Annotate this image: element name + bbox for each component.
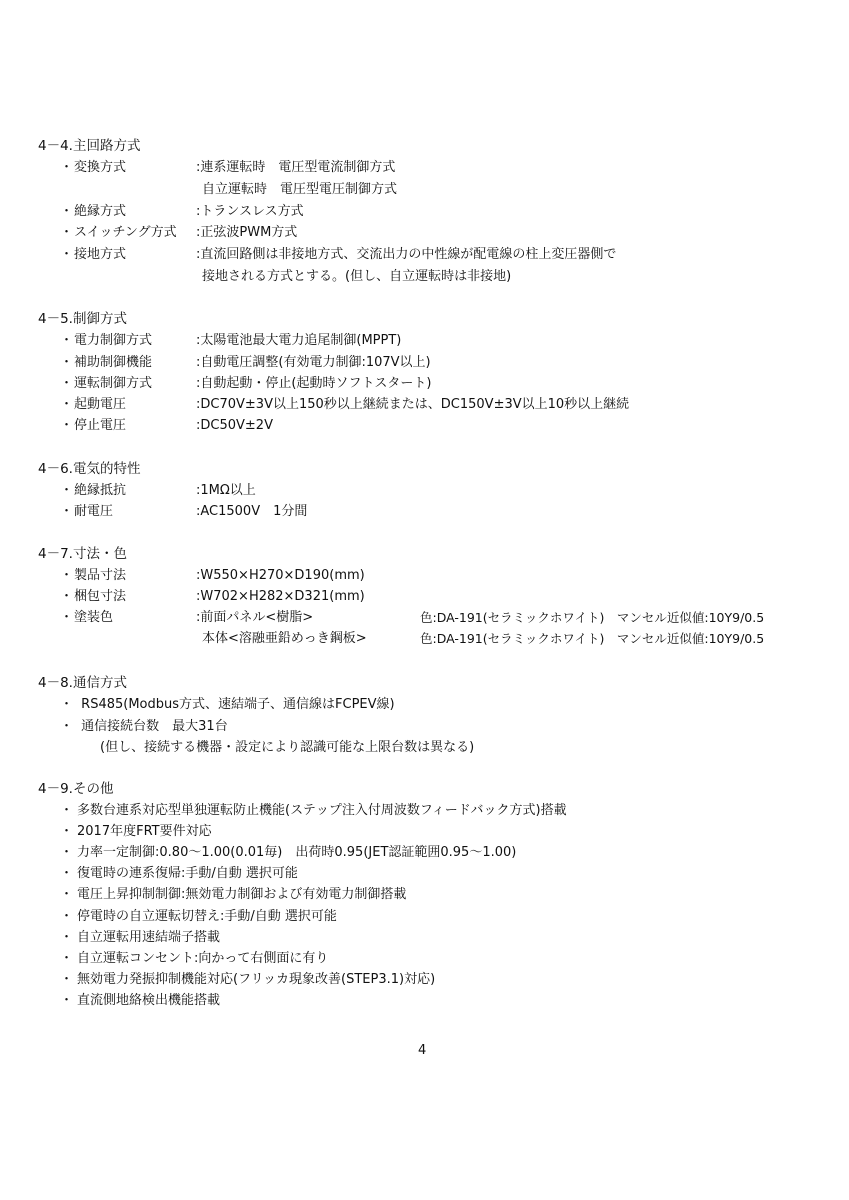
bullet: ・ — [60, 930, 73, 945]
spec-label: スイッチング方式 — [74, 224, 177, 242]
bullet: ・ — [60, 803, 73, 818]
spec-value: :1MΩ以上 — [196, 482, 256, 500]
bullet: ・ — [60, 203, 73, 221]
list-item: ・直流側地絡検出機能搭載 — [60, 992, 220, 1010]
bullet: ・ — [60, 246, 73, 264]
spec-value: :DC50V±2V — [196, 417, 273, 435]
section-heading-4-6: 4－6.電気的特性 — [38, 460, 140, 478]
spec-label: 絶縁方式 — [74, 203, 126, 221]
spec-label: 塗装色 — [74, 609, 113, 627]
bullet: ・ — [60, 567, 73, 585]
list-item-text: 自立運転コンセント:向かって右側面に有り — [77, 951, 328, 966]
list-item: ・2017年度FRT要件対応 — [60, 823, 212, 841]
list-item: ・ RS485(Modbus方式、速結端子、通信線はFCPEV線) — [60, 696, 395, 714]
list-item-text: 停電時の自立運転切替え:手動/自動 選択可能 — [77, 909, 337, 924]
spec-label: 製品寸法 — [74, 567, 126, 585]
list-item-text: 無効電力発振抑制機能対応(フリッカ現象改善(STEP3.1)対応) — [77, 972, 435, 987]
bullet: ・ — [60, 609, 73, 627]
list-item-note: (但し、接続する機器・設定により認識可能な上限台数は異なる) — [100, 739, 474, 757]
spec-label: 運転制御方式 — [74, 375, 152, 393]
spec-value: :W702×H282×D321(mm) — [196, 588, 365, 606]
spec-value: :太陽電池最大電力追尾制御(MPPT) — [196, 332, 401, 350]
spec-value: :W550×H270×D190(mm) — [196, 567, 365, 585]
section-heading-4-5: 4－5.制御方式 — [38, 310, 127, 328]
spec-label: 電力制御方式 — [74, 332, 152, 350]
spec-value: :直流回路側は非接地方式、交流出力の中性線が配電線の柱上変圧器側で — [196, 246, 616, 264]
spec-value: 接地される方式とする。(但し、自立運転時は非接地) — [202, 268, 511, 286]
list-item: ・ 通信接続台数 最大31台 — [60, 718, 228, 736]
list-item: ・無効電力発振抑制機能対応(フリッカ現象改善(STEP3.1)対応) — [60, 971, 435, 989]
paint-color-value: 色:DA-191(セラミックホワイト) マンセル近似値:10Y9/0.5 — [420, 609, 764, 627]
bullet: ・ — [60, 482, 73, 500]
spec-value: :正弦波PWM方式 — [196, 224, 297, 242]
list-item: ・停電時の自立運転切替え:手動/自動 選択可能 — [60, 908, 337, 926]
paint-color-value: 色:DA-191(セラミックホワイト) マンセル近似値:10Y9/0.5 — [420, 630, 764, 648]
list-item-text: 通信接続台数 最大31台 — [81, 719, 228, 734]
bullet: ・ — [60, 909, 73, 924]
section-heading-4-4: 4－4.主回路方式 — [38, 137, 140, 155]
list-item-text: 2017年度FRT要件対応 — [77, 824, 212, 839]
spec-value: :AC1500V 1分間 — [196, 503, 307, 521]
bullet: ・ — [60, 993, 73, 1008]
list-item-text: 電圧上昇抑制制御:無効電力制御および有効電力制御搭載 — [77, 887, 406, 902]
bullet: ・ — [60, 866, 73, 881]
spec-value: :自動起動・停止(起動時ソフトスタート) — [196, 375, 431, 393]
bullet: ・ — [60, 396, 73, 414]
bullet: ・ — [60, 951, 73, 966]
spec-label: 補助制御機能 — [74, 354, 152, 372]
spec-value: 本体<溶融亜鉛めっき鋼板> — [202, 630, 367, 648]
spec-value: :トランスレス方式 — [196, 203, 304, 221]
spec-value: :連系運転時 電圧型電流制御方式 — [196, 159, 395, 177]
bullet: ・ — [60, 332, 73, 350]
list-item: ・復電時の連系復帰:手動/自動 選択可能 — [60, 865, 298, 883]
list-item: ・力率一定制御:0.80～1.00(0.01毎) 出荷時0.95(JET認証範囲… — [60, 844, 516, 862]
spec-label: 停止電圧 — [74, 417, 126, 435]
list-item: ・電圧上昇抑制制御:無効電力制御および有効電力制御搭載 — [60, 886, 406, 904]
list-item: ・自立運転コンセント:向かって右側面に有り — [60, 950, 328, 968]
list-item-text: 直流側地絡検出機能搭載 — [77, 993, 220, 1008]
list-item-text: RS485(Modbus方式、速結端子、通信線はFCPEV線) — [81, 697, 394, 712]
bullet: ・ — [60, 588, 73, 606]
spec-label: 接地方式 — [74, 246, 126, 264]
bullet: ・ — [60, 845, 73, 860]
bullet: ・ — [60, 159, 73, 177]
list-item-text: 復電時の連系復帰:手動/自動 選択可能 — [77, 866, 298, 881]
list-item-text: 力率一定制御:0.80～1.00(0.01毎) 出荷時0.95(JET認証範囲0… — [77, 845, 516, 860]
bullet: ・ — [60, 972, 73, 987]
page-number: 4 — [418, 1043, 426, 1058]
list-item-text: 多数台連系対応型単独運転防止機能(ステップ注入付周波数フィードバック方式)搭載 — [77, 803, 567, 818]
bullet: ・ — [60, 697, 73, 712]
list-item-text: 自立運転用速結端子搭載 — [77, 930, 220, 945]
bullet: ・ — [60, 354, 73, 372]
bullet: ・ — [60, 224, 73, 242]
spec-label: 起動電圧 — [74, 396, 126, 414]
spec-value: :自動電圧調整(有効電力制御:107V以上) — [196, 354, 431, 372]
bullet: ・ — [60, 417, 73, 435]
section-heading-4-9: 4－9.その他 — [38, 780, 113, 798]
spec-value: :DC70V±3V以上150秒以上継続または、DC150V±3V以上10秒以上継… — [196, 396, 629, 414]
spec-value: 自立運転時 電圧型電圧制御方式 — [202, 181, 397, 199]
section-heading-4-7: 4－7.寸法・色 — [38, 545, 127, 563]
bullet: ・ — [60, 824, 73, 839]
spec-label: 耐電圧 — [74, 503, 113, 521]
bullet: ・ — [60, 503, 73, 521]
section-heading-4-8: 4－8.通信方式 — [38, 674, 127, 692]
bullet: ・ — [60, 375, 73, 393]
list-item: ・多数台連系対応型単独運転防止機能(ステップ注入付周波数フィードバック方式)搭載 — [60, 802, 567, 820]
spec-label: 絶縁抵抗 — [74, 482, 126, 500]
spec-value: :前面パネル<樹脂> — [196, 609, 313, 627]
bullet: ・ — [60, 887, 73, 902]
bullet: ・ — [60, 719, 73, 734]
spec-label: 変換方式 — [74, 159, 126, 177]
list-item: ・自立運転用速結端子搭載 — [60, 929, 220, 947]
spec-label: 梱包寸法 — [74, 588, 126, 606]
